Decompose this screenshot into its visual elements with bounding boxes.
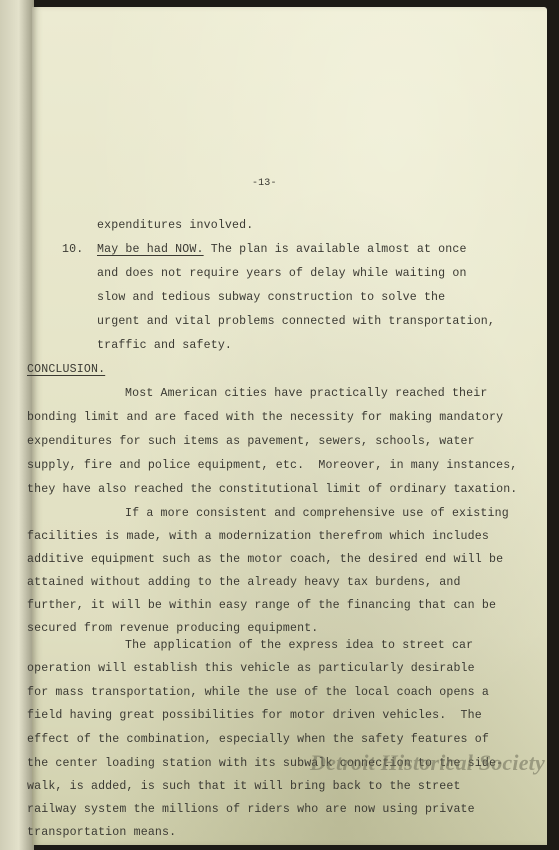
item-10-line: slow and tedious subway construction to … [97, 291, 445, 305]
paragraph-line: transportation means. [27, 826, 176, 840]
paragraph-line: additive equipment such as the motor coa… [27, 553, 503, 567]
paragraph-line: attained without adding to the already h… [27, 576, 461, 590]
item-10-line: urgent and vital problems connected with… [97, 315, 495, 329]
paragraph-line: If a more consistent and comprehensive u… [125, 507, 509, 521]
paragraph-line: bonding limit and are faced with the nec… [27, 411, 503, 425]
paragraph-line: field having great possibilities for mot… [27, 709, 482, 723]
item-10-number: 10. [62, 243, 83, 257]
paragraph-line: railway system the millions of riders wh… [27, 803, 475, 817]
paragraph-line: expenditures for such items as pavement,… [27, 435, 475, 449]
item-10-line: traffic and safety. [97, 339, 232, 353]
paragraph-line: supply, fire and police equipment, etc. … [27, 459, 517, 473]
item-continuation: expenditures involved. [97, 219, 253, 233]
conclusion-heading: CONCLUSION. [27, 363, 105, 377]
paragraph-line: The application of the express idea to s… [125, 639, 473, 653]
paragraph-line: secured from revenue producing equipment… [27, 622, 318, 636]
paragraph-line: they have also reached the constitutiona… [27, 483, 517, 497]
item-10-line: and does not require years of delay whil… [97, 267, 467, 281]
watermark: Detroit Historical Society [310, 750, 545, 776]
paragraph-line: for mass transportation, while the use o… [27, 686, 489, 700]
item-10: May be had NOW. The plan is available al… [97, 243, 467, 257]
paragraph-line: further, it will be within easy range of… [27, 599, 496, 613]
item-10-heading: May be had NOW. [97, 243, 204, 256]
paragraph-line: walk, is added, is such that it will bri… [27, 780, 461, 794]
paragraph-line: operation will establish this vehicle as… [27, 662, 475, 676]
paragraph-line: effect of the combination, especially wh… [27, 733, 489, 747]
page-number: -13- [252, 177, 277, 191]
paragraph-line: facilities is made, with a modernization… [27, 530, 489, 544]
item-10-line: The plan is available almost at once [204, 243, 467, 256]
paragraph-line: Most American cities have practically re… [125, 387, 487, 401]
